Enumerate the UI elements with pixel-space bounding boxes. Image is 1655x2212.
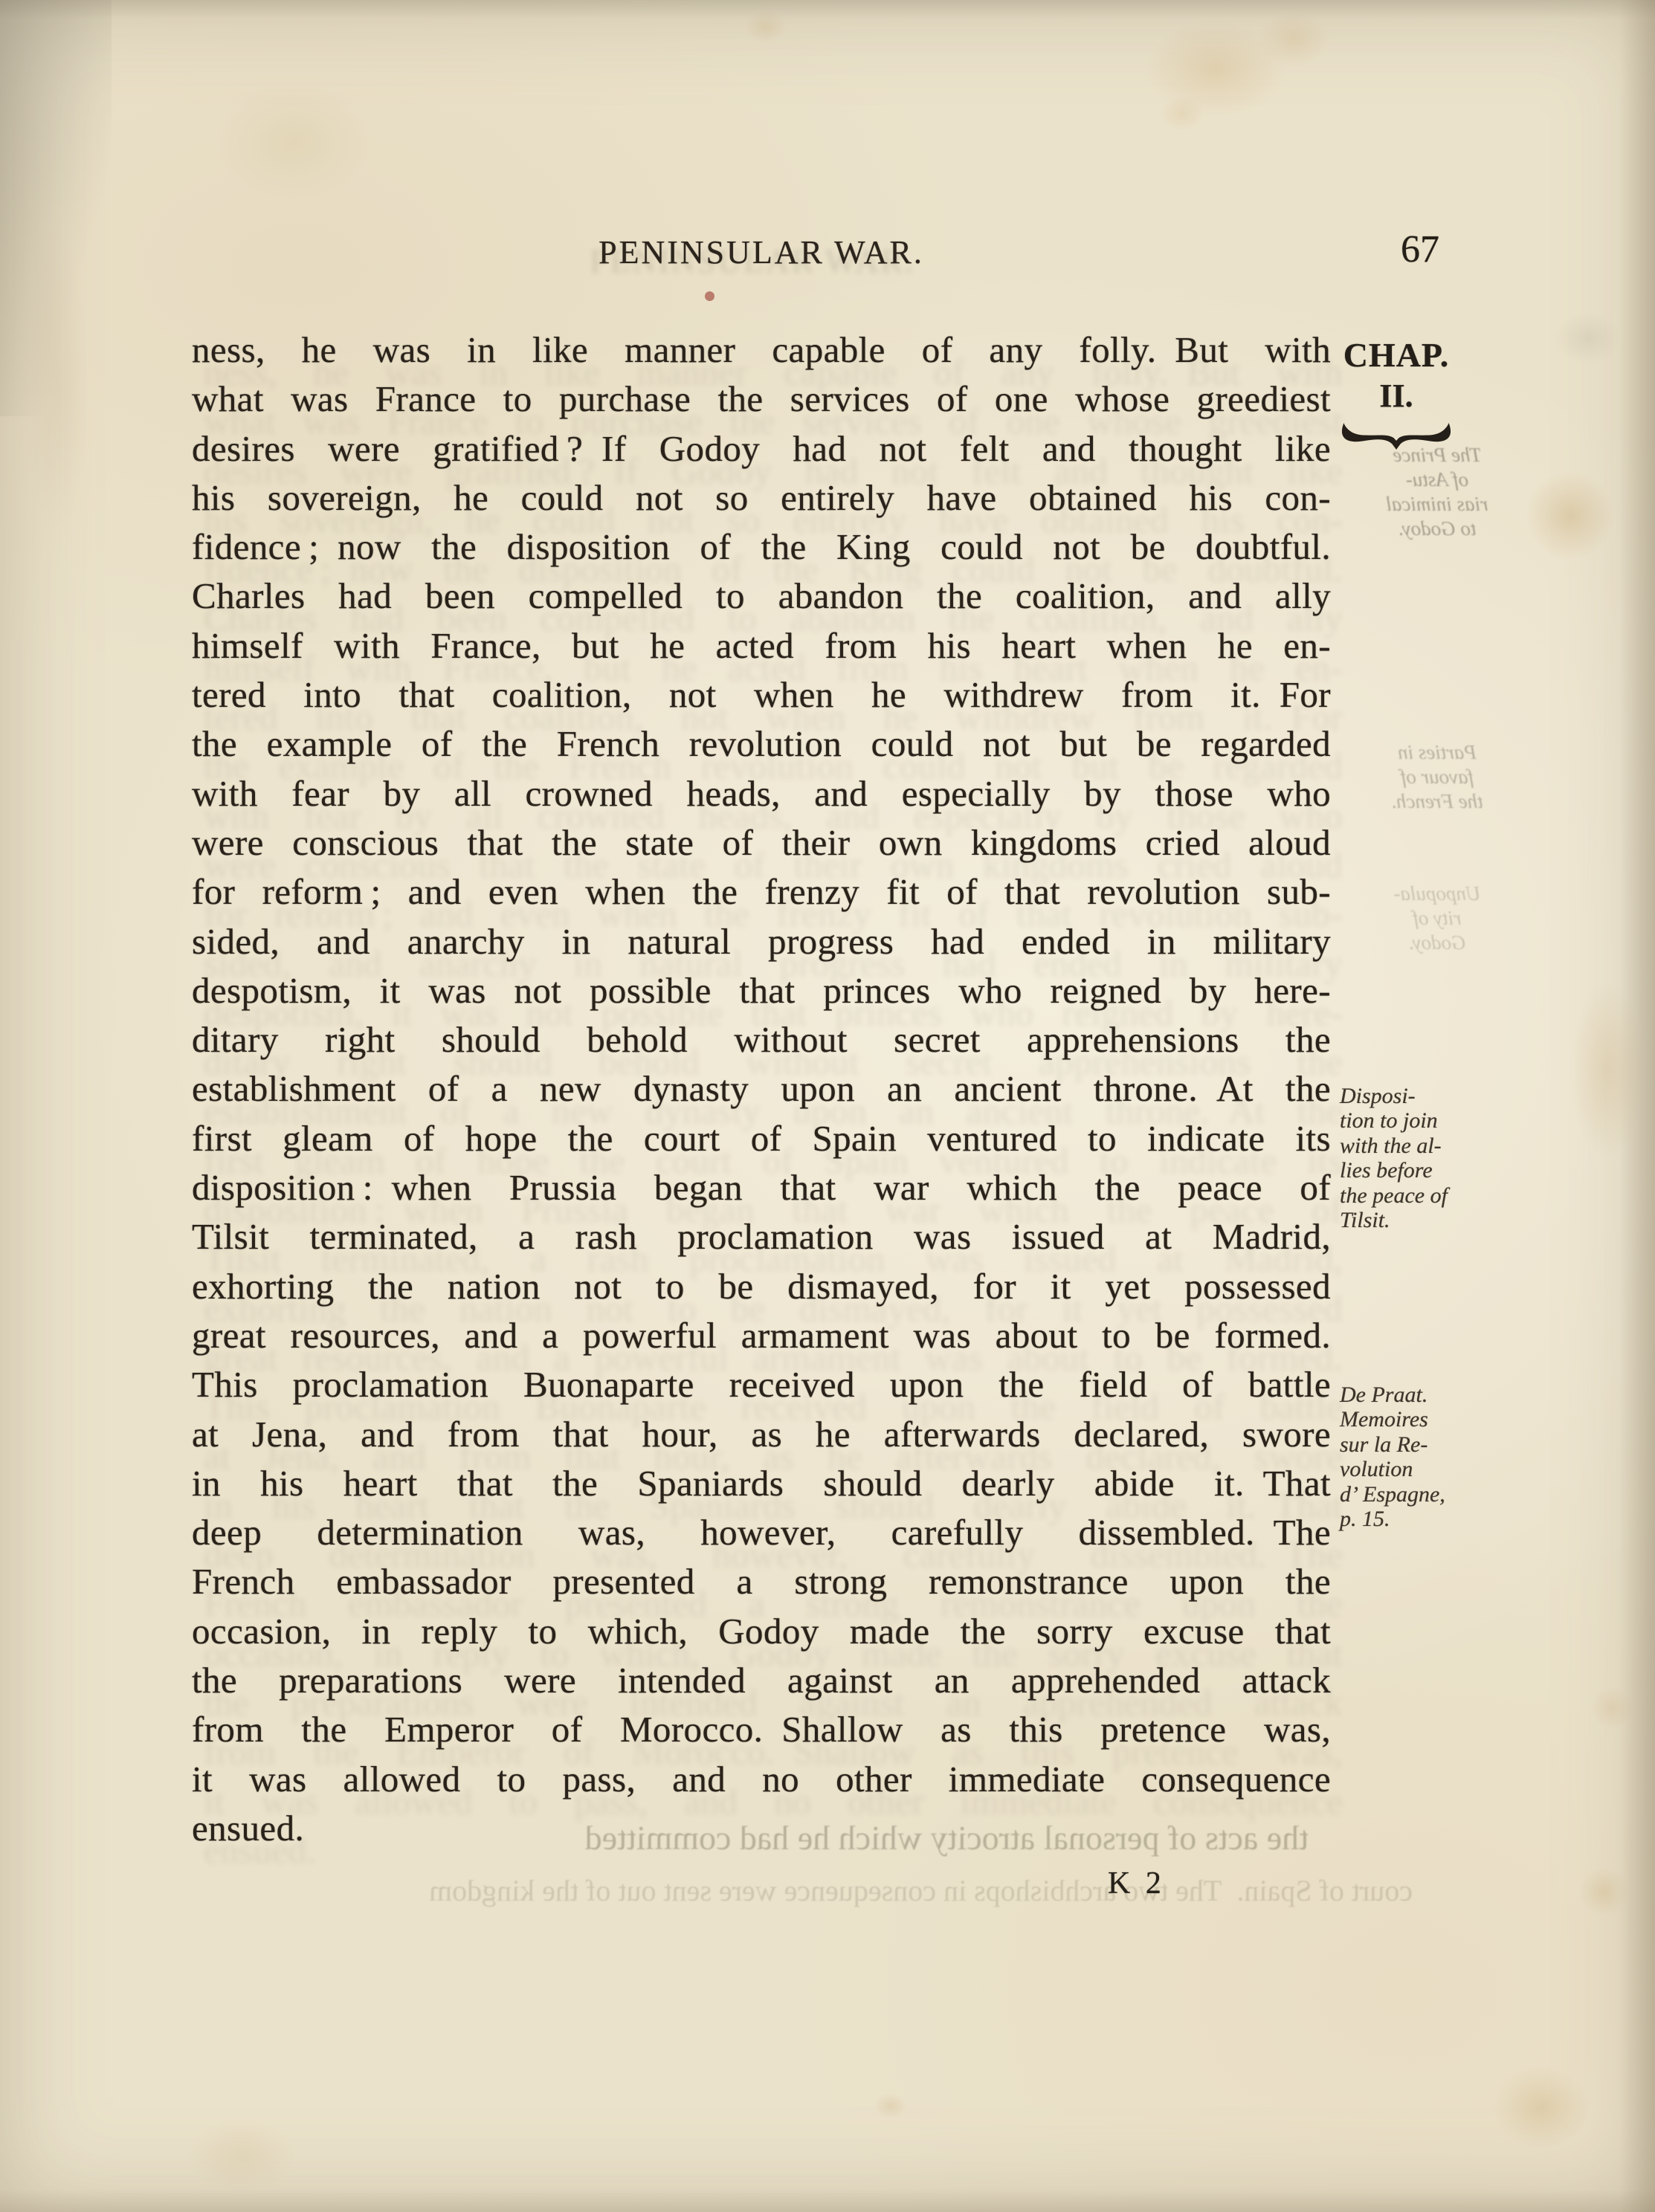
body-line: the example of the French revolution cou… (192, 719, 1331, 769)
paper-stain (1145, 21, 1286, 117)
body-line: for reform ; and even when the frenzy fi… (192, 867, 1331, 916)
body-line: were conscious that the state of their o… (192, 818, 1331, 867)
body-line: This proclamation Buonaparte received up… (192, 1360, 1331, 1409)
paper-stain (705, 291, 714, 301)
margin-note-line: p. 15. (1340, 1507, 1570, 1531)
body-line: sided, and anarchy in natural progress h… (192, 917, 1331, 966)
showthrough-line: Godoy. (1322, 931, 1552, 955)
body-line: despotism, it was not possible that prin… (192, 966, 1331, 1015)
margin-note-line: tion to join (1340, 1108, 1570, 1133)
body-line: from the Emperor of Morocco. Shallow as … (192, 1705, 1331, 1754)
chapter-numeral: II. (1337, 378, 1456, 415)
showthrough-bottom-line: court of Spain. The two archbishops in c… (201, 1873, 1413, 1908)
body-line: ditary right should behold without secre… (192, 1015, 1331, 1064)
showthrough-margin-note: Parties in favour of the French. (1322, 740, 1552, 814)
paper-stain (1258, 12, 1329, 67)
scan-corner-shadow (0, 0, 112, 416)
body-line: Tilsit terminated, a rash proclamation w… (192, 1212, 1331, 1261)
body-line: occasion, in reply to which, Godoy made … (192, 1607, 1331, 1656)
page-edge-top (0, 0, 1655, 19)
paper-stain (186, 2118, 297, 2193)
signature-mark: K 2 (1108, 1866, 1165, 1901)
margin-note-citation: De Praat. Memoires sur la Re- volution d… (1340, 1382, 1570, 1531)
margin-note-line: lies before (1340, 1158, 1570, 1183)
body-line: ness, he was in like manner capable of a… (192, 326, 1331, 375)
showthrough-margin-note: Unpopula- rity of Godoy. (1322, 882, 1552, 955)
body-line: his sovereign, he could not so entirely … (192, 473, 1331, 523)
margin-note-line: d’ Espagne, (1340, 1482, 1570, 1507)
showthrough-bottom-line: the acts of personal atrocity which he h… (230, 1818, 1309, 1857)
chapter-label: CHAP. (1337, 333, 1456, 378)
body-text: ness, he was in like manner capable of a… (192, 326, 1331, 1853)
body-line: establishment of a new dynasty upon an a… (192, 1064, 1331, 1113)
showthrough-line: the French. (1322, 789, 1552, 814)
showthrough-line: The Prince (1322, 443, 1552, 468)
body-line: it was allowed to pass, and no other imm… (192, 1755, 1331, 1804)
body-line: fidence ; now the disposition of the Kin… (192, 523, 1331, 572)
margin-note-line: De Praat. (1340, 1382, 1570, 1407)
showthrough-line: to Godoy. (1322, 517, 1552, 541)
body-line: the preparations were intended against a… (192, 1656, 1331, 1705)
body-line: with fear by all crowned heads, and espe… (192, 769, 1331, 818)
margin-note-disposition: Disposi- tion to join with the al- lies … (1340, 1084, 1570, 1232)
margin-note-line: Memoires (1340, 1407, 1570, 1432)
margin-note-line: Tilsit. (1340, 1208, 1570, 1232)
paper-stain (874, 2093, 907, 2118)
paper-stain (1554, 312, 1621, 364)
body-line: tered into that coalition, not when he w… (192, 670, 1331, 719)
margin-note-line: with the al- (1340, 1134, 1570, 1158)
book-page: PENINSULAR WAR. 67 CHAP. II. The Prince … (0, 0, 1655, 2212)
body-line: himself with France, but he acted from h… (192, 621, 1331, 670)
page-edge-bottom (0, 2190, 1655, 2212)
body-line: great resources, and a powerful armament… (192, 1311, 1331, 1360)
paper-stain (1493, 2066, 1590, 2148)
showthrough-line: rias inimical (1322, 492, 1552, 517)
showthrough-line: Parties in (1322, 740, 1552, 765)
body-line: Charles had been compelled to abandon th… (192, 572, 1331, 621)
showthrough-line: rity of (1322, 906, 1552, 931)
body-line: exhorting the nation not to be dismayed,… (192, 1262, 1331, 1311)
paper-stain (216, 82, 372, 201)
body-line: disposition : when Prussia began that wa… (192, 1163, 1331, 1212)
showthrough-line: favour of (1322, 765, 1552, 789)
showthrough-line: of Astu- (1322, 468, 1552, 492)
chapter-heading: CHAP. II. (1337, 333, 1456, 456)
page-edge-right (1619, 0, 1655, 2212)
body-line: desires were gratified ? If Godoy had no… (192, 424, 1331, 473)
running-title: PENINSULAR WAR. (192, 233, 1331, 271)
margin-note-line: Disposi- (1340, 1084, 1570, 1108)
body-line: deep determination was, however, careful… (192, 1508, 1331, 1557)
paper-stain (1160, 97, 1204, 131)
margin-note-line: volution (1340, 1457, 1570, 1481)
body-line: at Jena, and from that hour, as he after… (192, 1410, 1331, 1459)
body-line: French embassador presented a strong rem… (192, 1557, 1331, 1606)
showthrough-line: Unpopula- (1322, 882, 1552, 906)
margin-note-line: sur la Re- (1340, 1432, 1570, 1457)
page-number: 67 (1401, 227, 1439, 271)
body-line: first gleam of hope the court of Spain v… (192, 1114, 1331, 1163)
showthrough-margin-note: The Prince of Astu- rias inimical to God… (1322, 443, 1552, 541)
body-line: what was France to purchase the services… (192, 375, 1331, 424)
margin-note-line: the peace of (1340, 1183, 1570, 1208)
body-line: in his heart that the Spaniards should d… (192, 1459, 1331, 1508)
